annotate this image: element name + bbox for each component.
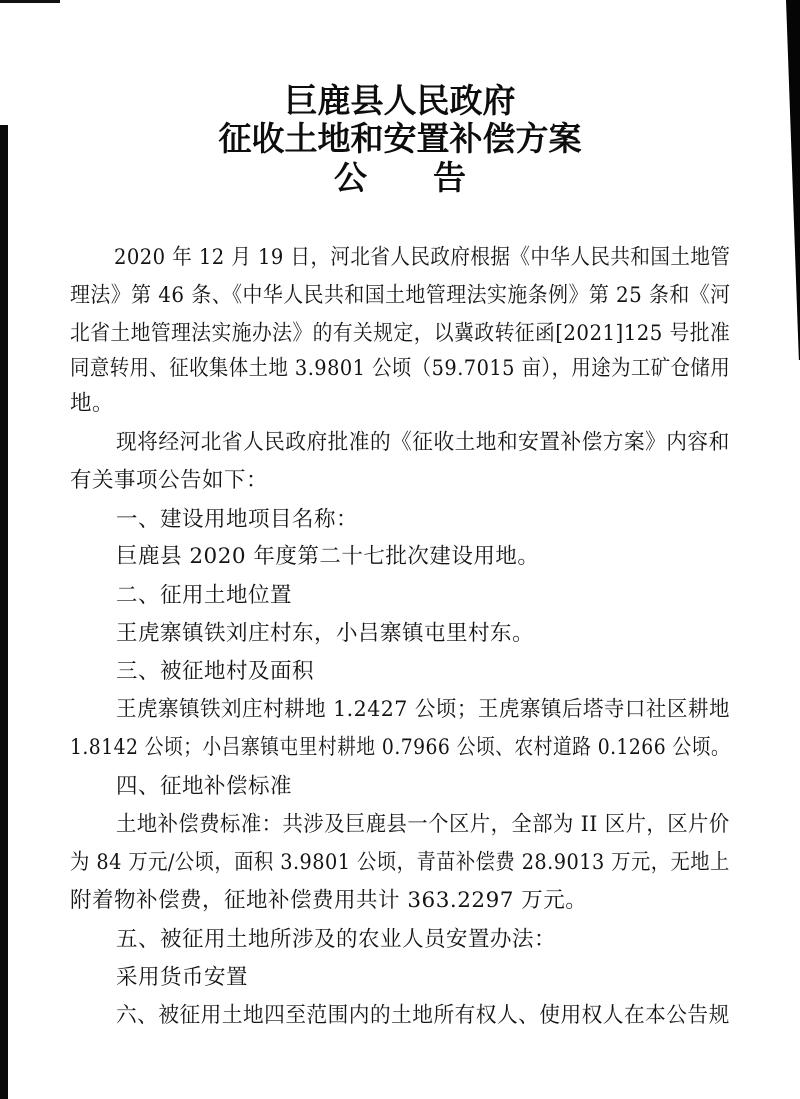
paragraph-line: 同意转用、征收集体土地 3.9801 公顷（59.7015 亩），用途为工矿仓储… — [70, 355, 730, 383]
paragraph-line: 北省土地管理法实施办法》的有关规定，以冀政转征函[2021]125 号批准 — [70, 320, 730, 348]
title-notice: 公 告 — [0, 159, 800, 197]
section-content-1: 巨鹿县 2020 年度第二十七批次建设用地。 — [116, 543, 539, 571]
section-heading-2: 二、征用土地位置 — [116, 582, 292, 610]
section-heading-1: 一、建设用地项目名称： — [116, 506, 358, 534]
section-content-5: 采用货币安置 — [116, 964, 248, 992]
title-subject: 征收土地和安置补偿方案 — [0, 120, 800, 158]
section-content-2: 王虎寨镇铁刘庄村东，小吕寨镇屯里村东。 — [116, 620, 534, 648]
paragraph-line: 现将经河北省人民政府批准的《征收土地和安置补偿方案》内容和 — [116, 429, 730, 457]
section-content-4: 土地补偿费标准：共涉及巨鹿县一个区片，全部为 II 区片，区片价 — [116, 811, 730, 839]
section-content-4: 为 84 万元/公顷，面积 3.9801 公顷，青苗补偿费 28.9013 万元… — [70, 849, 730, 877]
paragraph-line: 有关事项公告如下： — [70, 467, 268, 495]
section-content-3: 1.8142 公顷；小吕寨镇屯里村耕地 0.7966 公顷、农村道路 0.126… — [70, 734, 730, 762]
paragraph-line: 理法》第 46 条、《中华人民共和国土地管理法实施条例》第 25 条和《河 — [70, 282, 731, 310]
section-heading-6: 六、被征用土地四至范围内的土地所有权人、使用权人在本公告规 — [116, 1002, 730, 1030]
scan-edge-left — [0, 125, 8, 1099]
paragraph-line: 2020 年 12 月 19 日，河北省人民政府根据《中华人民共和国土地管 — [114, 244, 730, 272]
scan-edge-top — [0, 0, 60, 3]
section-heading-5: 五、被征用土地所涉及的农业人员安置办法： — [116, 926, 556, 954]
section-content-4: 附着物补偿费，征地补偿费用共计 363.2297 万元。 — [70, 887, 587, 915]
section-heading-4: 四、征地补偿标准 — [116, 773, 292, 801]
title-issuer: 巨鹿县人民政府 — [0, 82, 800, 120]
section-content-3: 王虎寨镇铁刘庄村耕地 1.2427 公顷；王虎寨镇后塔寺口社区耕地 — [116, 696, 730, 724]
section-heading-3: 三、被征地村及面积 — [116, 658, 314, 686]
paragraph-line: 地。 — [70, 390, 114, 418]
